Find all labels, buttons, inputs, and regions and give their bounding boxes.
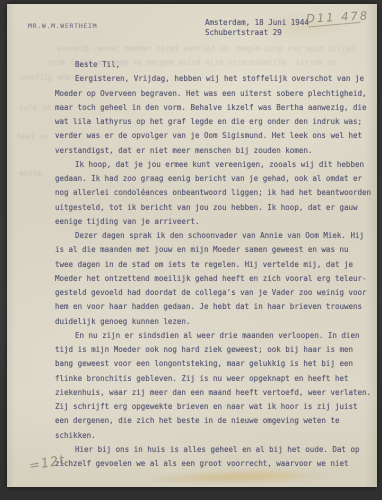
- letter-line: ziekenhuis, waar zij meer dan een maand …: [55, 386, 375, 400]
- address-line: Schubertstraat 29: [205, 28, 309, 38]
- date-block: Amsterdam, 18 Juni 1944 Schubertstraat 2…: [205, 18, 309, 37]
- letter-line: maar toch geheel in den vorm. Behalve ik…: [55, 101, 375, 115]
- letter-line: flinke bronchitis gebleven. Zij is nu we…: [55, 372, 375, 386]
- letter-line: Eergisteren, Vrijdag, hebben wij het sto…: [55, 72, 375, 86]
- letter-line: gesteld gevoeld had doordat de collega's…: [55, 286, 375, 300]
- scanned-letter-image: MR.W.M.WERTHEIM Amsterdam, 18 Juni 1944 …: [0, 0, 382, 500]
- letter-line: Dezer dagen sprak ik den schoonvader van…: [55, 229, 375, 243]
- letter-line: tijd is mijn Moeder ook nog hard ziek ge…: [55, 343, 375, 357]
- letter-line: schikken.: [55, 429, 375, 443]
- letter-line: nog allerlei condoléances onbeantwoord l…: [55, 186, 375, 200]
- paper-stain-bottom: [152, 463, 362, 485]
- letter-line: Beste Til,: [55, 58, 375, 72]
- letter-line: duidelijk genoeg kunnen lezen.: [55, 315, 375, 329]
- letter-body: Beste Til,Eergisteren, Vrijdag, hebben w…: [55, 58, 375, 471]
- letter-page: MR.W.M.WERTHEIM Amsterdam, 18 Juni 1944 …: [7, 4, 377, 487]
- letter-line: wat lila lathyrus op het graf legde en d…: [55, 115, 375, 129]
- letter-line: Hier bij ons in huis is alles geheel en …: [55, 443, 375, 457]
- ink-bleed-text: attne: [19, 169, 42, 178]
- ink-bleed-text: as iaad: [17, 132, 49, 141]
- date-line: Amsterdam, 18 Juni 1944: [205, 18, 309, 28]
- letter-line: verstandigst, dat er niet meer menschen …: [55, 144, 375, 158]
- letter-line: En nu zijn er sindsdien al weer drie maa…: [55, 329, 375, 343]
- letter-line: verder was er de opvolger van je Oom Sig…: [55, 129, 375, 143]
- letter-line: hem en voor haar hadden gedaan. Je hebt …: [55, 300, 375, 314]
- letter-line: uitgesteld, tot ik bericht van jou zou h…: [55, 201, 375, 215]
- ink-bleed-text: najlis mige ors grus algum, au balimes i…: [57, 44, 355, 53]
- letterhead-name: MR.W.M.WERTHEIM: [28, 22, 97, 30]
- letter-line: Zij schrijft erg opgewekte brieven en na…: [55, 400, 375, 414]
- letter-line: gedaan. Ik had zoo graag eenig bericht v…: [55, 172, 375, 186]
- letter-line: Moeder het ontzettend moeilijk gehad hee…: [55, 272, 375, 286]
- letter-line: Moeder op Overveen begraven. Het was een…: [55, 87, 375, 101]
- letter-line: een dergenen, die zich het beste in de n…: [55, 414, 375, 428]
- letter-line: is al die maanden met jouw en mijn Moede…: [55, 243, 375, 257]
- archive-code-handwritten: D11 478: [306, 8, 370, 25]
- letter-line: twee dagen in de stad om iets te regelen…: [55, 258, 375, 272]
- letter-line: bang geweest voor een longontsteking, ma…: [55, 357, 375, 371]
- letter-line: eenige tijding van je arriveert.: [55, 215, 375, 229]
- letter-line: Ik hoop, dat je jou ermee kunt vereenige…: [55, 158, 375, 172]
- ink-bleed-text: ms alwi: [19, 103, 51, 112]
